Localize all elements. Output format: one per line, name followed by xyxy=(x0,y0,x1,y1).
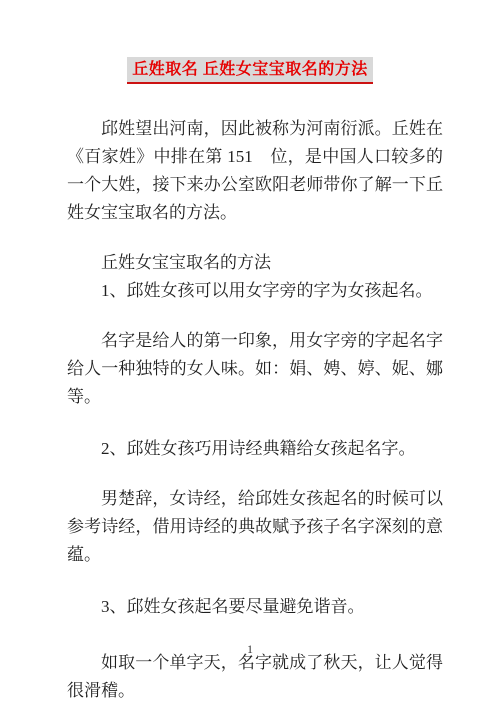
paragraph-body-3: 如取一个单字天，名字就成了秋天，让人觉得很滑稽。 xyxy=(67,649,443,705)
page-number: 1 xyxy=(0,642,500,657)
paragraph-body-1: 名字是给人的第一印象，用女字旁的字起名字给人一种独特的女人味。如：娟、娉、婷、妮… xyxy=(67,327,443,411)
document-title: 丘姓取名 丘姓女宝宝取名的方法 xyxy=(127,57,373,84)
document-page: 丘姓取名 丘姓女宝宝取名的方法 邱姓望出河南，因此被称为河南衍派。丘姓在《百家姓… xyxy=(0,0,500,708)
list-item-3: 3、邱姓女孩起名要尽量避免谐音。 xyxy=(67,593,443,621)
paragraph-body-2: 男楚辞，女诗经，给邱姓女孩起名的时候可以参考诗经，借用诗经的典故赋予孩子名字深刻… xyxy=(67,485,443,569)
section-heading: 丘姓女宝宝取名的方法 xyxy=(67,249,443,277)
document-body: 邱姓望出河南，因此被称为河南衍派。丘姓在《百家姓》中排在第 151 位，是中国人… xyxy=(0,115,500,705)
paragraph-intro: 邱姓望出河南，因此被称为河南衍派。丘姓在《百家姓》中排在第 151 位，是中国人… xyxy=(67,115,443,227)
list-item-2: 2、邱姓女孩巧用诗经典籍给女孩起名字。 xyxy=(67,435,443,463)
list-item-1: 1、邱姓女孩可以用女字旁的字为女孩起名。 xyxy=(67,277,443,305)
title-row: 丘姓取名 丘姓女宝宝取名的方法 xyxy=(0,0,500,84)
